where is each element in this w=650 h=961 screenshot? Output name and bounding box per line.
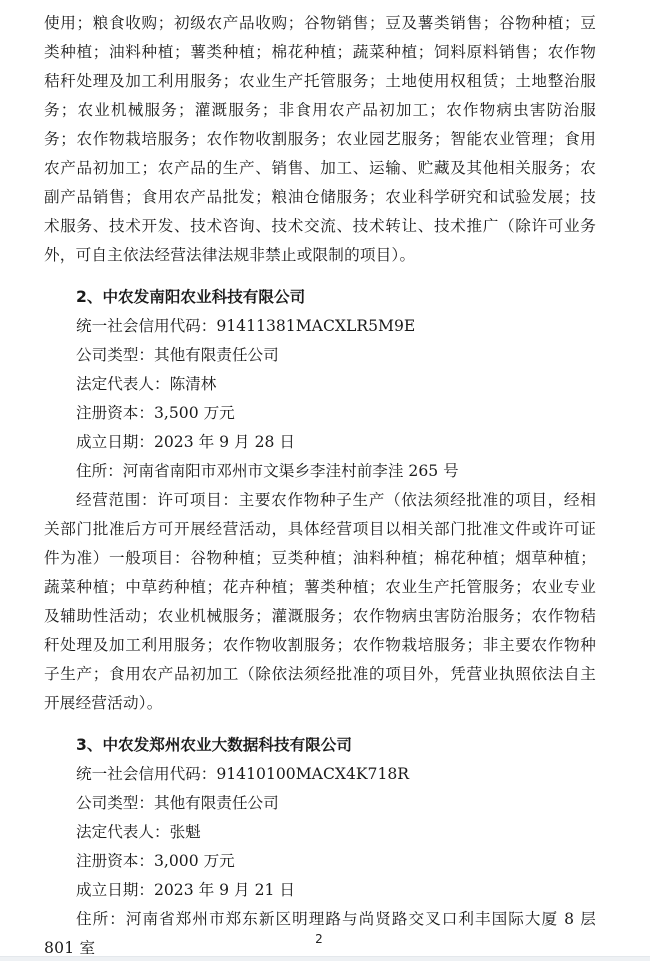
credit-code: 统一社会信用代码：91411381MACXLR5M9E [44, 312, 596, 341]
company-type: 公司类型：其他有限责任公司 [44, 789, 596, 818]
company-section-nanyang: 2、中农发南阳农业科技有限公司 统一社会信用代码：91411381MACXLR5… [44, 283, 596, 718]
page-number: 2 [312, 932, 326, 946]
business-scope: 经营范围：许可项目：主要农作物种子生产（依法须经批准的项目，经相关部门批准后方可… [44, 486, 596, 718]
business-scope-continuation: 使用；粮食收购；初级农产品收购；谷物销售；豆及薯类销售；谷物种植；豆类种植；油料… [44, 9, 596, 270]
legal-representative: 法定代表人：陈清林 [44, 370, 596, 399]
address: 住所：河南省南阳市邓州市文渠乡李洼村前李洼 265 号 [44, 457, 596, 486]
registered-capital: 注册资本：3,500 万元 [44, 399, 596, 428]
credit-code: 统一社会信用代码：91410100MACX4K718R [44, 760, 596, 789]
legal-representative: 法定代表人：张魁 [44, 818, 596, 847]
company-type: 公司类型：其他有限责任公司 [44, 341, 596, 370]
established-date: 成立日期：2023 年 9 月 28 日 [44, 428, 596, 457]
company-heading: 3、中农发郑州农业大数据科技有限公司 [44, 731, 596, 760]
page-content: 使用；粮食收购；初级农产品收购；谷物销售；豆及薯类销售；谷物种植；豆类种植；油料… [44, 9, 596, 961]
registered-capital: 注册资本：3,000 万元 [44, 847, 596, 876]
page-bottom-edge [0, 956, 650, 961]
company-heading: 2、中农发南阳农业科技有限公司 [44, 283, 596, 312]
document-page: 使用；粮食收购；初级农产品收购；谷物销售；豆及薯类销售；谷物种植；豆类种植；油料… [0, 0, 650, 956]
established-date: 成立日期：2023 年 9 月 21 日 [44, 876, 596, 905]
company-section-zhengzhou: 3、中农发郑州农业大数据科技有限公司 统一社会信用代码：91410100MACX… [44, 731, 596, 961]
